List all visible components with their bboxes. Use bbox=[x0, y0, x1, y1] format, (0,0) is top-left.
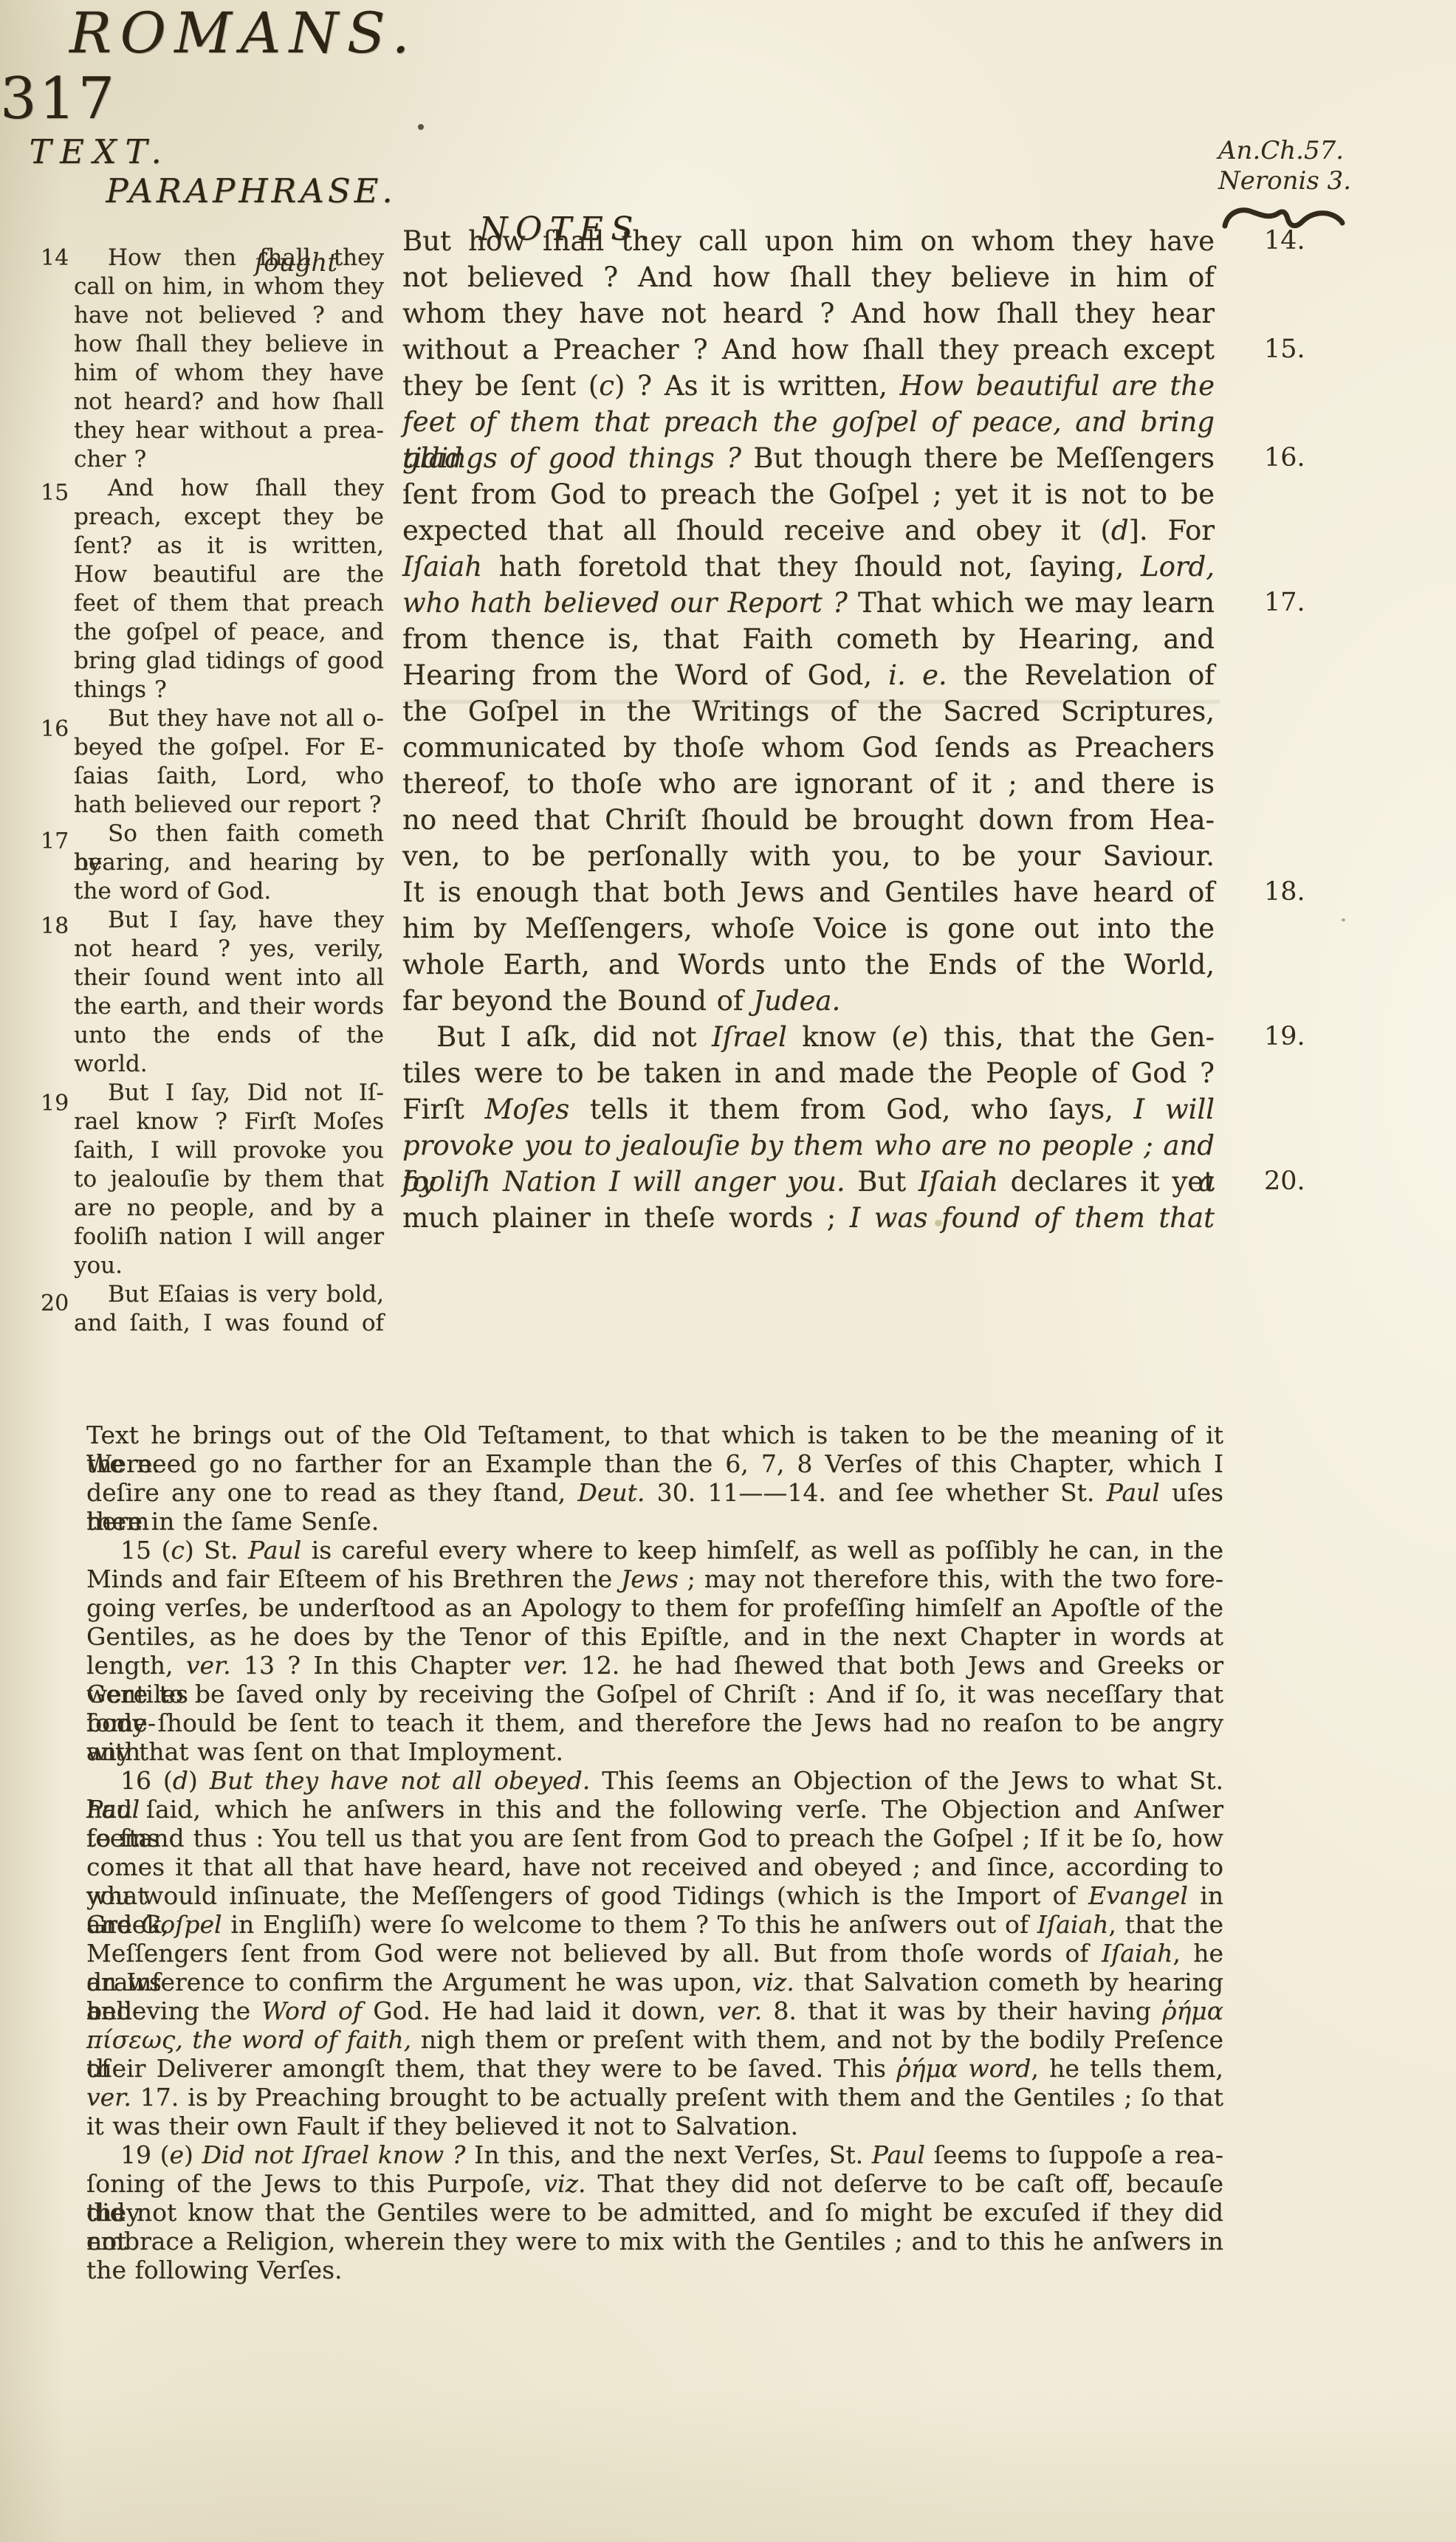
ink-speck bbox=[418, 124, 424, 130]
roman-text-run: they be ſent ( bbox=[402, 370, 599, 402]
italic-text-run: πίσεως, the word of faith, bbox=[86, 2025, 411, 2054]
roman-text-run: in Engliſh) were ſo welcome to them ? To… bbox=[222, 1910, 1037, 1939]
text-line: you. bbox=[74, 1251, 384, 1280]
roman-text-run: hath foretold that they ſhould not, ſayi… bbox=[482, 551, 1141, 583]
margin-verse-number: 15. bbox=[1264, 332, 1305, 368]
roman-text-run: ) bbox=[188, 1766, 210, 1795]
text-line: ſaith, I will provoke you bbox=[74, 1136, 384, 1165]
verse-number: 19 bbox=[41, 1089, 69, 1118]
paraphrase-line: from thence is, that Faith cometh by Hea… bbox=[402, 621, 1215, 657]
roman-text-run: length, bbox=[86, 1651, 186, 1680]
paraphrase-line: It is enough that both Jews and Gentiles… bbox=[402, 874, 1215, 910]
italic-text-run: fooliſh Nation I will anger you. bbox=[402, 1166, 845, 1198]
text-line: they hear without a prea- bbox=[74, 416, 384, 445]
roman-text-run: from thence is, that Faith cometh by Hea… bbox=[402, 623, 1215, 655]
roman-text-run: no need that Chriſt ſhould be brought do… bbox=[402, 804, 1215, 836]
italic-text-run: Goſpel bbox=[141, 1910, 222, 1939]
paraphrase-line: communicated by thoſe whom God ſends as … bbox=[402, 729, 1215, 766]
roman-text-run: world. bbox=[74, 1051, 148, 1077]
note-line: 19 (e) Did not Iſrael know ? In this, an… bbox=[86, 2140, 1223, 2169]
roman-text-run: it was their own Fault if they believed … bbox=[86, 2112, 798, 2140]
margin-verse-number: 17. bbox=[1264, 585, 1305, 621]
italic-text-run: Lord, bbox=[1141, 551, 1215, 583]
text-line: But they have not all o- bbox=[74, 704, 384, 733]
italic-text-run: Paul bbox=[1107, 1478, 1160, 1507]
roman-text-run: him by Meſſengers, whoſe Voice is gone o… bbox=[402, 913, 1215, 944]
roman-text-run: whom they have not heard ? And how ſhall… bbox=[402, 298, 1215, 329]
italic-text-run: But they have not all obeyed. bbox=[210, 1766, 591, 1795]
roman-text-run: It is enough that both Jews and Gentiles… bbox=[402, 876, 1215, 908]
note-line: We need go no farther for an Example tha… bbox=[86, 1449, 1223, 1478]
paraphrase-line: But how ſhall they call upon him on whom… bbox=[402, 223, 1215, 259]
roman-text-run: 13 ? In this Chapter bbox=[231, 1651, 523, 1680]
text-line: and ſaith, I was found of bbox=[74, 1309, 384, 1338]
paraphrase-line: him by Meſſengers, whoſe Voice is gone o… bbox=[402, 910, 1215, 947]
italic-text-run: d bbox=[1111, 515, 1129, 546]
margin-verse-number: 19. bbox=[1264, 1019, 1305, 1055]
roman-text-run: know ( bbox=[787, 1021, 902, 1053]
verse-number: 14 bbox=[41, 244, 69, 272]
roman-text-run: the earth, and their words bbox=[74, 993, 384, 1020]
roman-text-run: here in the ſame Senſe. bbox=[86, 1507, 379, 1536]
paraphrase-line: the Goſpel in the Writings of the Sacred… bbox=[402, 693, 1215, 729]
roman-text-run: to jealouſie by them that bbox=[74, 1166, 384, 1192]
roman-text-run: you. bbox=[74, 1252, 123, 1279]
roman-text-run: We need go no farther for an Example tha… bbox=[86, 1449, 1223, 1478]
roman-text-run: preach, except they be bbox=[74, 504, 384, 530]
roman-text-run: ]. For bbox=[1129, 515, 1215, 546]
italic-text-run: e bbox=[170, 2140, 185, 2169]
roman-text-run: 8. that it was by their having bbox=[762, 1996, 1162, 2025]
text-line: hearing, and hearing by bbox=[74, 848, 384, 877]
roman-text-run: beyed the goſpel. For E- bbox=[74, 734, 384, 760]
roman-text-run: But I aſk, did not bbox=[436, 1021, 712, 1053]
italic-text-run: Iſaiah bbox=[402, 551, 482, 583]
italic-text-run: Jews bbox=[621, 1564, 679, 1593]
roman-text-run: not heard? and how ſhall bbox=[74, 388, 384, 415]
roman-text-run: have not believed ? and bbox=[74, 302, 384, 329]
roman-text-run: they hear without a prea- bbox=[74, 417, 384, 444]
roman-text-run: whole Earth, and Words unto the Ends of … bbox=[402, 949, 1215, 980]
roman-text-run: fooliſh nation I will anger bbox=[74, 1223, 384, 1250]
roman-text-run: Firſt bbox=[402, 1093, 484, 1125]
roman-text-run: Gentiles, as he does by the Tenor of thi… bbox=[86, 1622, 1223, 1651]
running-head-title: ROMANS. bbox=[0, 0, 487, 66]
note-line: here in the ſame Senſe. bbox=[86, 1507, 1223, 1536]
roman-text-run: 17. is by Preaching brought to be actual… bbox=[131, 2083, 1223, 2112]
note-line: deſire any one to read as they ſtand, De… bbox=[86, 1478, 1223, 1507]
roman-text-run: unto the ends of the bbox=[74, 1022, 384, 1048]
marginalia-anno-christi: An.Ch.57. bbox=[1218, 136, 1403, 166]
roman-text-run: feet of them that preach bbox=[74, 590, 384, 616]
text-line: How then ſhall they bbox=[74, 244, 384, 272]
roman-text-run: ſoning of the Jews to this Purpoſe, bbox=[86, 2169, 543, 2198]
paraphrase-line: far beyond the Bound of Judea. bbox=[402, 983, 1215, 1019]
italic-text-run: How beautiful are the bbox=[900, 370, 1215, 402]
text-line: to jealouſie by them that bbox=[74, 1165, 384, 1194]
roman-text-run: is careful every where to keep himſelf, … bbox=[301, 1536, 1223, 1564]
note-line: 16 (d) But they have not all obeyed. Thi… bbox=[86, 1766, 1223, 1795]
paraphrase-line: But I aſk, did not Iſrael know (e) this,… bbox=[402, 1019, 1215, 1055]
italic-text-run: Iſaiah bbox=[918, 1166, 998, 1198]
roman-text-run: tiles were to be taken in and made the P… bbox=[402, 1057, 1215, 1089]
note-line: any that was ſent on that Imployment. bbox=[86, 1737, 1223, 1766]
italic-text-run: I was found of them that bbox=[850, 1202, 1215, 1234]
italic-text-run: Iſrael bbox=[712, 1021, 787, 1053]
note-line: you would inſinuate, the Meſſengers of g… bbox=[86, 1881, 1223, 1910]
note-line: body ſhould be ſent to teach it them, an… bbox=[86, 1708, 1223, 1737]
text-line: unto the ends of the bbox=[74, 1021, 384, 1050]
paraphrase-line: not believed ? And how ſhall they believ… bbox=[402, 259, 1215, 295]
italic-text-run: Judea. bbox=[753, 985, 840, 1017]
italic-text-run: ῥήμα bbox=[1162, 1996, 1223, 2025]
note-line: ver. 17. is by Preaching brought to be a… bbox=[86, 2083, 1223, 2112]
italic-text-run: ver. bbox=[717, 1996, 762, 2025]
text-line: So then faith cometh by bbox=[74, 820, 384, 848]
text-line: how ſhall they believe in bbox=[74, 330, 384, 359]
roman-text-run: believing the bbox=[86, 1996, 261, 2025]
text-line: cher ? bbox=[74, 445, 384, 474]
note-line: Gentiles, as he does by the Tenor of thi… bbox=[86, 1622, 1223, 1651]
italic-text-run: Moſes bbox=[484, 1093, 569, 1125]
roman-text-run: the goſpel of peace, and bbox=[74, 619, 384, 645]
roman-text-run: how ſhall they believe in bbox=[74, 331, 384, 357]
paraphrase-line: provoke you to jealouſie by them who are… bbox=[402, 1127, 1215, 1164]
roman-text-run: ſent from God to preach the Goſpel ; yet… bbox=[402, 478, 1215, 510]
text-line: But Eſaias is very bold, bbox=[74, 1280, 384, 1309]
roman-text-run: How beautiful are the bbox=[74, 561, 384, 588]
roman-text-run: ; may not therefore this, with the two f… bbox=[679, 1564, 1223, 1593]
italic-text-run: who hath believed our Report ? bbox=[402, 587, 848, 619]
roman-text-run: far beyond the Bound of bbox=[402, 985, 753, 1017]
roman-text-run: much plainer in theſe words ; bbox=[402, 1202, 850, 1234]
text-line: preach, except they be bbox=[74, 503, 384, 532]
roman-text-run: their ſound went into all bbox=[74, 964, 384, 991]
text-line: beyed the goſpel. For E- bbox=[74, 733, 384, 762]
text-line: fooliſh nation I will anger bbox=[74, 1223, 384, 1251]
note-line: it was their own Fault if they believed … bbox=[86, 2112, 1223, 2140]
text-line: have not believed ? and bbox=[74, 301, 384, 330]
paraphrase-line: ſent from God to preach the Goſpel ; yet… bbox=[402, 476, 1215, 512]
verse-number: 15 bbox=[41, 478, 69, 507]
italic-text-run: c bbox=[171, 1536, 184, 1564]
paraphrase-line: Hearing from the Word of God, i. e. the … bbox=[402, 657, 1215, 693]
paraphrase-line: whole Earth, and Words unto the Ends of … bbox=[402, 947, 1215, 983]
roman-text-run: thereof, to thoſe who are ignorant of it… bbox=[402, 768, 1215, 800]
roman-text-run: going verſes, be underſtood as an Apolog… bbox=[86, 1593, 1223, 1622]
text-line: not heard? and how ſhall bbox=[74, 388, 384, 416]
italic-text-run: ver. bbox=[523, 1651, 569, 1680]
verse-number: 20 bbox=[41, 1289, 69, 1318]
book-page: ROMANS. 317 An.Ch.57. Neronis 3. TEXT. P… bbox=[0, 0, 1456, 2542]
roman-text-run: That which we may learn bbox=[848, 587, 1215, 619]
roman-text-run: the following Verſes. bbox=[86, 2256, 343, 2284]
roman-text-run: their Deliverer amongſt them, that they … bbox=[86, 2054, 896, 2083]
text-line: How beautiful are the bbox=[74, 560, 384, 589]
text-line: world. bbox=[74, 1050, 384, 1079]
roman-text-run: 16 ( bbox=[120, 1766, 173, 1795]
text-line: are no people, and by a bbox=[74, 1194, 384, 1223]
roman-text-run: you would inſinuate, the Meſſengers of g… bbox=[86, 1881, 1088, 1910]
text-line: rael know ? Firſt Moſes bbox=[74, 1107, 384, 1136]
text-column: How then ſhall theycall on him, in whom … bbox=[74, 244, 384, 1338]
paraphrase-line: Firſt Moſes tells it them from God, who … bbox=[402, 1091, 1215, 1127]
paraphrase-line: thereof, to thoſe who are ignorant of it… bbox=[402, 766, 1215, 802]
roman-text-run: Meſſengers ſent from God were not believ… bbox=[86, 1939, 1102, 1968]
italic-text-run: e bbox=[902, 1021, 918, 1053]
text-line: the earth, and their words bbox=[74, 992, 384, 1021]
italic-text-run: Word of bbox=[261, 1996, 362, 2025]
verse-number: 18 bbox=[41, 912, 69, 941]
note-line: believing the Word of God. He had laid i… bbox=[86, 1996, 1223, 2025]
roman-text-run: ſaith, I will provoke you bbox=[74, 1137, 384, 1164]
roman-text-run: an Inference to confirm the Argument he … bbox=[86, 1968, 752, 1996]
note-line: length, ver. 13 ? In this Chapter ver. 1… bbox=[86, 1651, 1223, 1680]
text-line: ſent? as it is written, bbox=[74, 532, 384, 560]
italic-text-run: viz. bbox=[752, 1968, 794, 1996]
text-line: ſaias ſaith, Lord, who bbox=[74, 762, 384, 791]
note-line: Minds and fair Eſteem of his Brethren th… bbox=[86, 1564, 1223, 1593]
roman-text-run: But I ſay, Did not Iſ- bbox=[108, 1079, 384, 1106]
roman-text-run: ) ? As it is written, bbox=[614, 370, 900, 402]
italic-text-run: Evangel bbox=[1088, 1881, 1188, 1910]
roman-text-run: are no people, and by a bbox=[74, 1195, 384, 1221]
note-line: to ſtand thus : You tell us that you are… bbox=[86, 1824, 1223, 1852]
italic-text-run: Iſaiah bbox=[1102, 1939, 1172, 1968]
press-smear bbox=[402, 700, 1220, 704]
paraphrase-line: ven, to be perſonally with you, to be yo… bbox=[402, 838, 1215, 874]
paraphrase-line: they be ſent (c) ? As it is written, How… bbox=[402, 368, 1215, 404]
roman-text-run: cher ? bbox=[74, 446, 146, 473]
roman-text-run: , that the bbox=[1108, 1910, 1223, 1939]
paraphrase-line: whom they have not heard ? And how ſhall… bbox=[402, 295, 1215, 332]
note-line: their Deliverer amongſt them, that they … bbox=[86, 2054, 1223, 2083]
italic-text-run: ῥήμα word bbox=[896, 2054, 1031, 2083]
roman-text-run: to ſtand thus : You tell us that you are… bbox=[86, 1824, 1223, 1852]
text-line: bring glad tidings of good bbox=[74, 647, 384, 676]
marginalia-neronis: Neronis 3. bbox=[1218, 166, 1403, 196]
note-line: an Inference to confirm the Argument he … bbox=[86, 1968, 1223, 1996]
italic-text-run: ver. bbox=[186, 1651, 231, 1680]
paraphrase-line: Iſaiah hath foretold that they ſhould no… bbox=[402, 549, 1215, 585]
italic-text-run: Paul bbox=[872, 2140, 925, 2169]
roman-text-run: him of whom they have bbox=[74, 360, 384, 386]
paraphrase-line: who hath believed our Report ? That whic… bbox=[402, 585, 1215, 621]
note-line: embrace a Religion, wherein they were to… bbox=[86, 2227, 1223, 2256]
roman-text-run: Minds and fair Eſteem of his Brethren th… bbox=[86, 1564, 621, 1593]
roman-text-run: ſeems to ſuppoſe a rea- bbox=[925, 2140, 1223, 2169]
paraphrase-column: But how ſhall they call upon him on whom… bbox=[402, 223, 1215, 1236]
note-line: did not know that the Gentiles were to b… bbox=[86, 2198, 1223, 2227]
roman-text-run: expected that all ſhould receive and obe… bbox=[402, 515, 1111, 546]
roman-text-run: bring glad tidings of good bbox=[74, 647, 384, 674]
text-line: not heard ? yes, verily, bbox=[74, 935, 384, 963]
note-line: Meſſengers ſent from God were not believ… bbox=[86, 1939, 1223, 1968]
italic-text-run: viz. bbox=[543, 2169, 586, 2198]
text-line: And how ſhall they bbox=[74, 474, 384, 503]
roman-text-run: and ſaith, I was found of bbox=[74, 1310, 384, 1336]
paraphrase-line: without a Preacher ? And how ſhall they … bbox=[402, 332, 1215, 368]
roman-text-run: tells it them from God, who ſays, bbox=[569, 1093, 1133, 1125]
roman-text-run: But bbox=[845, 1166, 918, 1198]
note-line: and Goſpel in Engliſh) were ſo welcome t… bbox=[86, 1910, 1223, 1939]
verse-number: 16 bbox=[41, 715, 69, 743]
note-line: Text he brings out of the Old Teſtament,… bbox=[86, 1421, 1223, 1449]
text-line: feet of them that preach bbox=[74, 589, 384, 618]
roman-text-run: deſire any one to read as they ſtand, bbox=[86, 1478, 577, 1507]
roman-text-run: call on him, in whom they bbox=[74, 273, 384, 300]
note-line: 15 (c) St. Paul is careful every where t… bbox=[86, 1536, 1223, 1564]
verse-number: 17 bbox=[41, 827, 69, 856]
roman-text-run: the word of God. bbox=[74, 878, 271, 904]
note-line: had ſaid, which he anſwers in this and t… bbox=[86, 1795, 1223, 1824]
italic-text-run: i. e. bbox=[888, 659, 947, 691]
roman-text-run: not believed ? And how ſhall they believ… bbox=[402, 261, 1215, 293]
note-line: were to be ſaved only by receiving the G… bbox=[86, 1680, 1223, 1708]
roman-text-run: How then ſhall they bbox=[108, 244, 384, 271]
ink-speck bbox=[1342, 918, 1345, 921]
roman-text-run: things ? bbox=[74, 676, 167, 703]
roman-text-run: without a Preacher ? And how ſhall they … bbox=[402, 334, 1215, 365]
roman-text-run: ) this, that the Gen- bbox=[918, 1021, 1215, 1053]
notes-section: Text he brings out of the Old Teſtament,… bbox=[86, 1421, 1223, 2284]
text-line: him of whom they have bbox=[74, 359, 384, 388]
note-line: the following Verſes. bbox=[86, 2256, 1223, 2284]
paraphrase-line: tiles were to be taken in and made the P… bbox=[402, 1055, 1215, 1091]
roman-text-run: embrace a Religion, wherein they were to… bbox=[86, 2227, 1223, 2256]
text-line: But I ſay, Did not Iſ- bbox=[74, 1079, 384, 1107]
margin-verse-number: 20. bbox=[1264, 1164, 1305, 1200]
roman-text-run: But they have not all o- bbox=[108, 705, 384, 732]
margin-verse-number: 16. bbox=[1264, 440, 1305, 476]
roman-text-run: 19 ( bbox=[120, 2140, 170, 2169]
roman-text-run: But though there be Meſſengers bbox=[741, 442, 1215, 474]
margin-verse-number: 18. bbox=[1264, 874, 1305, 910]
roman-text-run: hearing, and hearing by bbox=[74, 849, 384, 876]
roman-text-run: hath believed our report ? bbox=[74, 791, 381, 818]
ink-speck bbox=[935, 1220, 942, 1226]
page-number: 317 bbox=[0, 66, 1456, 132]
note-line: going verſes, be underſtood as an Apolog… bbox=[86, 1593, 1223, 1622]
note-line: πίσεως, the word of faith, nigh them or … bbox=[86, 2025, 1223, 2054]
italic-text-run: d bbox=[173, 1766, 188, 1795]
paraphrase-line: much plainer in theſe words ; I was foun… bbox=[402, 1200, 1215, 1236]
roman-text-run: ven, to be perſonally with you, to be yo… bbox=[402, 840, 1215, 872]
paraphrase-line: fooliſh Nation I will anger you. But Iſa… bbox=[402, 1164, 1215, 1200]
roman-text-run: not heard ? yes, verily, bbox=[74, 935, 384, 962]
paraphrase-column-heading: PARAPHRASE. bbox=[0, 171, 502, 210]
italic-text-run: Deut. bbox=[577, 1478, 645, 1507]
text-line: But I ſay, have they bbox=[74, 906, 384, 935]
text-line: the goſpel of peace, and bbox=[74, 618, 384, 647]
roman-text-run: , he tells them, bbox=[1031, 2054, 1223, 2083]
roman-text-run: And how ſhall they bbox=[108, 475, 384, 501]
roman-text-run: declares it yet bbox=[998, 1166, 1215, 1198]
italic-text-run: Paul bbox=[248, 1536, 301, 1564]
roman-text-run: In this, and the next Verſes, St. bbox=[465, 2140, 871, 2169]
paraphrase-line: tidings of good things ? But though ther… bbox=[402, 440, 1215, 476]
paraphrase-line: feet of them that preach the goſpel of p… bbox=[402, 404, 1215, 440]
text-line: things ? bbox=[74, 676, 384, 704]
margin-verse-number: 14. bbox=[1264, 223, 1305, 259]
italic-text-run: tidings of good things ? bbox=[402, 442, 741, 474]
roman-text-run: But Eſaias is very bold, bbox=[108, 1281, 384, 1308]
roman-text-run: and bbox=[86, 1910, 141, 1939]
roman-text-run: But how ſhall they call upon him on whom… bbox=[402, 225, 1215, 257]
roman-text-run: God. He had laid it down, bbox=[362, 1996, 717, 2025]
roman-text-run: 15 ( bbox=[120, 1536, 171, 1564]
roman-text-run: Hearing from the Word of God, bbox=[402, 659, 888, 691]
roman-text-run: But I ſay, have they bbox=[108, 907, 384, 933]
roman-text-run: the Revelation of bbox=[947, 659, 1215, 691]
italic-text-run: c bbox=[599, 370, 614, 402]
text-line: call on him, in whom they bbox=[74, 272, 384, 301]
italic-text-run: ver. bbox=[86, 2083, 131, 2112]
paraphrase-line: expected that all ſhould receive and obe… bbox=[402, 512, 1215, 549]
roman-text-run: ſent? as it is written, bbox=[74, 532, 384, 559]
roman-text-run: This ſeems an Objection of the Jews to w… bbox=[590, 1766, 1223, 1795]
italic-text-run: Did not Iſrael know ? bbox=[202, 2140, 466, 2169]
roman-text-run: rael know ? Firſt Moſes bbox=[74, 1108, 384, 1135]
italic-text-run: I will bbox=[1134, 1093, 1215, 1125]
text-line: their ſound went into all bbox=[74, 963, 384, 992]
text-line: the word of God. bbox=[74, 877, 384, 906]
paraphrase-line: no need that Chriſt ſhould be brought do… bbox=[402, 802, 1215, 838]
text-line: hath believed our report ? bbox=[74, 791, 384, 820]
roman-text-run: 30. 11——14. and ſee whether St. bbox=[645, 1478, 1106, 1507]
date-marginalia: An.Ch.57. Neronis 3. bbox=[1218, 136, 1403, 196]
roman-text-run: communicated by thoſe whom God ſends as … bbox=[402, 732, 1215, 763]
note-line: comes it that all that have heard, have … bbox=[86, 1852, 1223, 1881]
italic-text-run: Iſaiah bbox=[1037, 1910, 1108, 1939]
roman-text-run: ſaias ſaith, Lord, who bbox=[74, 763, 384, 789]
roman-text-run: any that was ſent on that Imployment. bbox=[86, 1737, 563, 1766]
text-column-heading: TEXT. bbox=[0, 132, 199, 171]
note-line: ſoning of the Jews to this Purpoſe, viz.… bbox=[86, 2169, 1223, 2198]
roman-text-run: ) bbox=[184, 2140, 202, 2169]
roman-text-run: ) St. bbox=[185, 1536, 248, 1564]
